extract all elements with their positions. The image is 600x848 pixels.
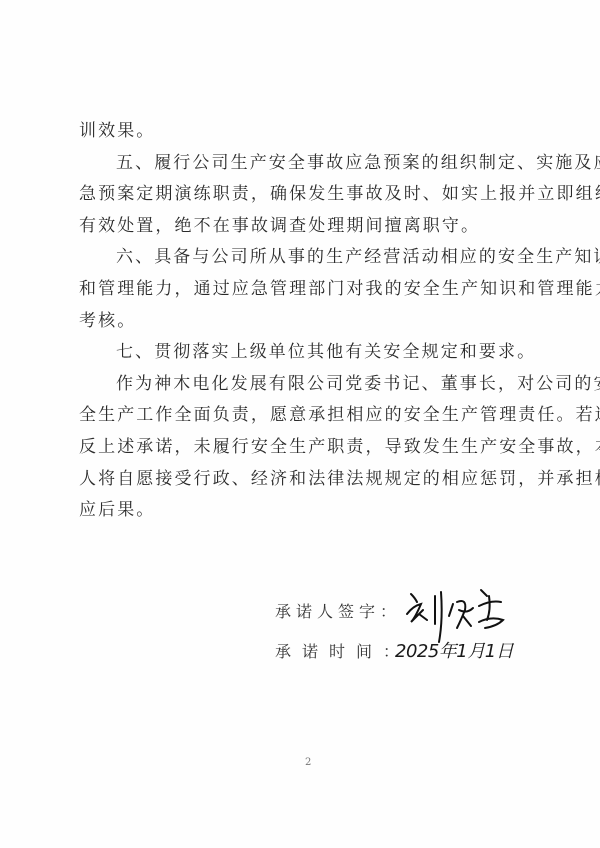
commitment-body: 训效果。 五、履行公司生产安全事故应急预案的组织制定、实施及应 急预案定期演练职… xyxy=(79,116,519,527)
text-line: 应后果。 xyxy=(79,495,519,527)
signature-block: 承诺人签字： 承诺时间： 2025年1月1日 xyxy=(275,592,535,672)
text-line: 作为神木电化发展有限公司党委书记、董事长，对公司的安 xyxy=(79,369,519,401)
page-number: 2 xyxy=(305,757,311,768)
text-line: 六、具备与公司所从事的生产经营活动相应的安全生产知识 xyxy=(79,242,519,274)
handwritten-date: 2025年1月1日 xyxy=(395,632,513,672)
date-label: 承诺时间： xyxy=(275,642,410,661)
text-line: 五、履行公司生产安全事故应急预案的组织制定、实施及应 xyxy=(79,148,519,180)
text-line: 人将自愿接受行政、经济和法律法规规定的相应惩罚，并承担相 xyxy=(79,464,519,496)
text-line: 和管理能力，通过应急管理部门对我的安全生产知识和管理能力 xyxy=(79,274,519,306)
document-page: 训效果。 五、履行公司生产安全事故应急预案的组织制定、实施及应 急预案定期演练职… xyxy=(0,0,600,848)
text-line: 训效果。 xyxy=(79,116,519,148)
text-line: 急预案定期演练职责，确保发生事故及时、如实上报并立即组织 xyxy=(79,179,519,211)
date-row: 承诺时间： 2025年1月1日 xyxy=(275,632,535,672)
signer-label: 承诺人签字： xyxy=(275,602,401,621)
text-line: 全生产工作全面负责，愿意承担相应的安全生产管理责任。若违 xyxy=(79,400,519,432)
signer-row: 承诺人签字： xyxy=(275,592,535,632)
text-line: 反上述承诺，未履行安全生产职责，导致发生生产安全事故，本 xyxy=(79,432,519,464)
text-line: 七、贯彻落实上级单位其他有关安全规定和要求。 xyxy=(79,337,519,369)
text-line: 有效处置，绝不在事故调查处理期间擅离职守。 xyxy=(79,211,519,243)
text-line: 考核。 xyxy=(79,306,519,338)
